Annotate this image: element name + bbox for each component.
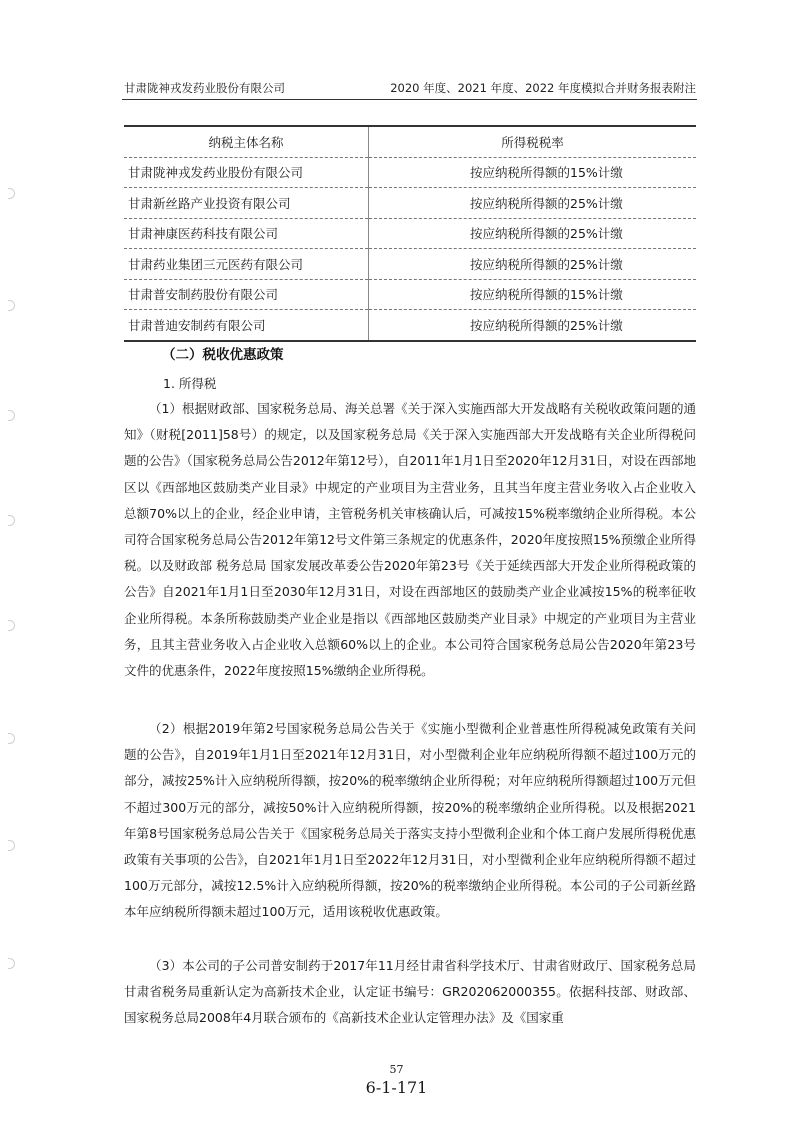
paragraph-high-tech-enterprise: （3）本公司的子公司普安制药于2017年11月经甘肃省科学技术厅、甘肃省财政厅、… [124,953,696,1032]
header-report-title: 2020 年度、2021 年度、2022 年度模拟合并财务报表附注 [390,80,696,96]
table-row: 甘肃新丝路产业投资有限公司 按应纳税所得额的25%计缴 [124,188,696,219]
tax-rate: 按应纳税所得额的15%计缴 [369,157,697,188]
tax-rate: 按应纳税所得额的25%计缴 [369,188,697,219]
entity-name: 甘肃药业集团三元医药有限公司 [124,249,369,280]
column-header-rate: 所得税税率 [369,126,697,157]
page-header: 甘肃陇神戎发药业股份有限公司 2020 年度、2021 年度、2022 年度模拟… [124,78,696,98]
tax-rate: 按应纳税所得额的25%计缴 [369,249,697,280]
tax-rate: 按应纳税所得额的25%计缴 [369,310,697,341]
entity-name: 甘肃普安制药股份有限公司 [124,279,369,310]
binding-hole-mark [8,840,15,851]
binding-hole-mark [8,515,15,526]
binding-hole-mark [8,410,15,421]
subsection-heading: 1. 所得税 [163,374,216,392]
binding-hole-mark [8,958,15,969]
header-divider [122,99,697,100]
section-heading: （二）税收优惠政策 [162,343,284,363]
column-header-entity: 纳税主体名称 [124,126,369,157]
binding-hole-mark [8,620,15,631]
binding-hole-mark [8,300,15,311]
entity-name: 甘肃神康医药科技有限公司 [124,218,369,249]
tax-rate: 按应纳税所得额的15%计缴 [369,279,697,310]
table-header-row: 纳税主体名称 所得税税率 [124,126,696,157]
entity-name: 甘肃陇神戎发药业股份有限公司 [124,157,369,188]
document-code: 6-1-171 [0,1078,793,1097]
page-number: 57 [0,1063,793,1076]
table-row: 甘肃药业集团三元医药有限公司 按应纳税所得额的25%计缴 [124,249,696,280]
tax-rate: 按应纳税所得额的25%计缴 [369,218,697,249]
entity-name: 甘肃新丝路产业投资有限公司 [124,188,369,219]
paragraph-small-micro-enterprise: （2）根据2019年第2号国家税务总局公告关于《实施小型微利企业普惠性所得税减免… [124,716,696,926]
document-page: 甘肃陇神戎发药业股份有限公司 2020 年度、2021 年度、2022 年度模拟… [0,0,793,1122]
tax-rate-table: 纳税主体名称 所得税税率 甘肃陇神戎发药业股份有限公司 按应纳税所得额的15%计… [124,125,696,342]
table-row: 甘肃陇神戎发药业股份有限公司 按应纳税所得额的15%计缴 [124,157,696,188]
table-row: 甘肃普迪安制药有限公司 按应纳税所得额的25%计缴 [124,310,696,341]
entity-name: 甘肃普迪安制药有限公司 [124,310,369,341]
table-row: 甘肃普安制药股份有限公司 按应纳税所得额的15%计缴 [124,279,696,310]
table-row: 甘肃神康医药科技有限公司 按应纳税所得额的25%计缴 [124,218,696,249]
header-company: 甘肃陇神戎发药业股份有限公司 [124,80,285,96]
binding-hole-mark [8,733,15,744]
paragraph-western-development: （1）根据财政部、国家税务总局、海关总署《关于深入实施西部大开发战略有关税收政策… [124,396,696,684]
binding-hole-mark [8,188,15,199]
